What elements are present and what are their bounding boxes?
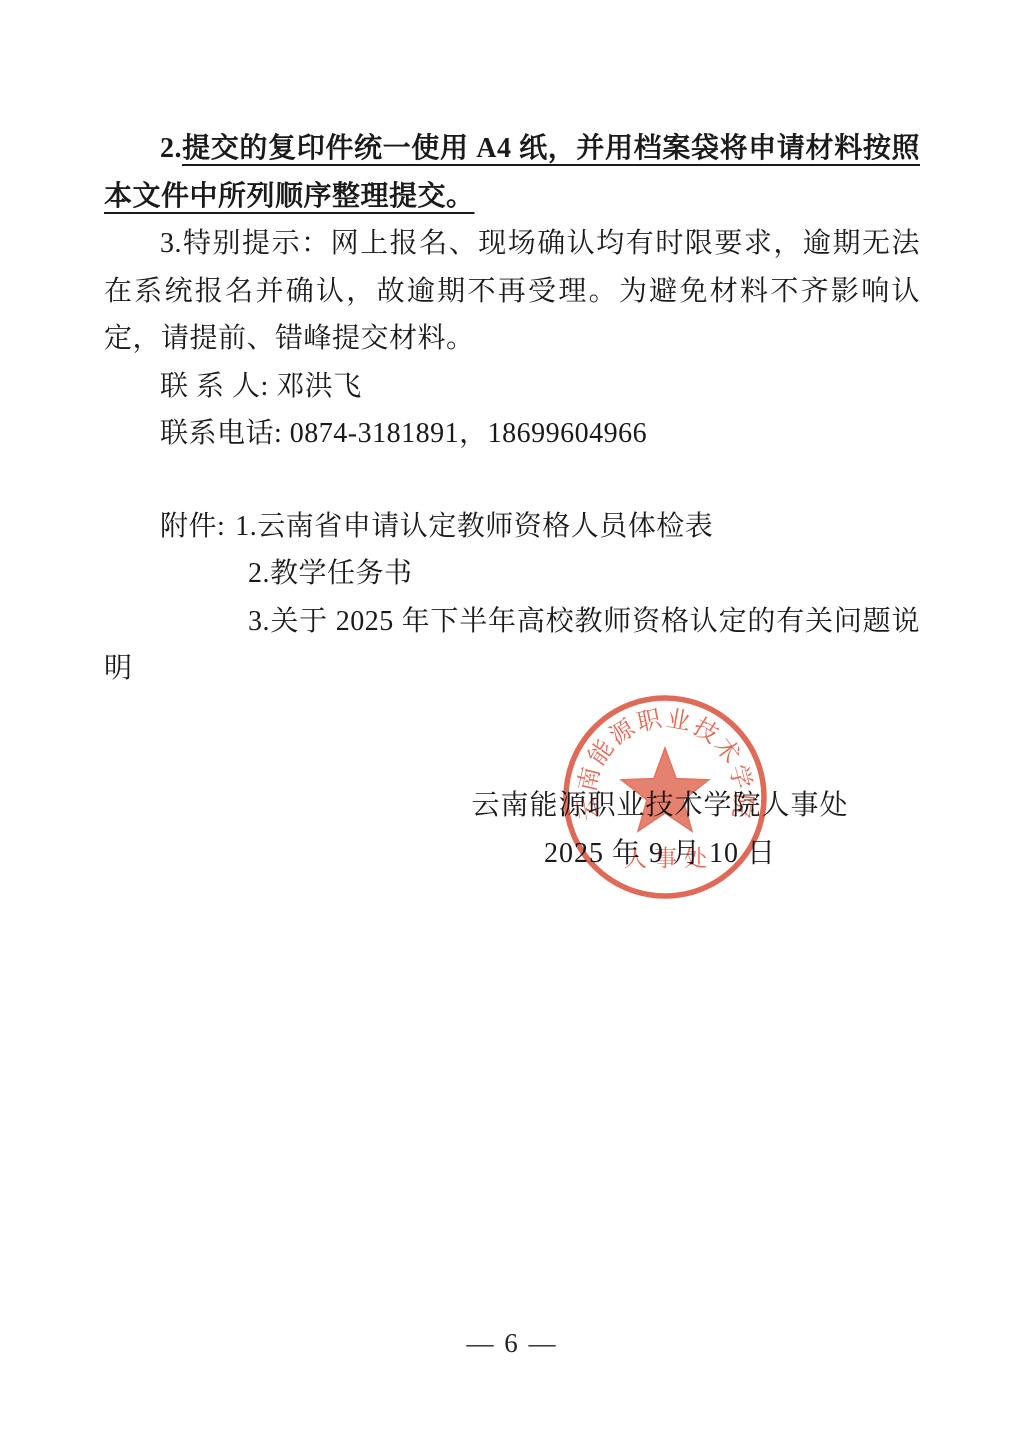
document-page: 2.提交的复印件统一使用 A4 纸，并用档案袋将申请材料按照本文件中所列顺序整理… (0, 0, 1024, 1448)
signature-block: 云南能源职业技术学院人事处 2025 年 9 月 10 日 (440, 782, 880, 877)
signature-date: 2025 年 9 月 10 日 (440, 830, 880, 878)
attachment-line-1: 附件:1.云南省申请认定教师资格人员体检表 (104, 503, 920, 551)
paragraph-2-underlined-text: 提交的复印件统一使用 A4 纸，并用档案袋将申请材料按照本文件中所列顺序整理提交… (104, 133, 920, 212)
document-body: 2.提交的复印件统一使用 A4 纸，并用档案袋将申请材料按照本文件中所列顺序整理… (104, 125, 920, 693)
attachment-item-1: 1.云南省申请认定教师资格人员体检表 (235, 511, 713, 542)
page-number: — 6 — (0, 1328, 1024, 1359)
attachment-item-3: 3.关于 2025 年下半年高校教师资格认定的有关问题说明 (104, 598, 920, 693)
paragraph-3: 3.特别提示：网上报名、现场确认均有时限要求，逾期无法在系统报名并确认，故逾期不… (104, 220, 920, 363)
attachments-label: 附件: (160, 511, 225, 542)
paragraph-2: 2.提交的复印件统一使用 A4 纸，并用档案袋将申请材料按照本文件中所列顺序整理… (104, 125, 920, 220)
paragraph-2-number: 2. (160, 133, 182, 164)
attachments-section: 附件:1.云南省申请认定教师资格人员体检表 2.教学任务书 3.关于 2025 … (104, 503, 920, 693)
signature-org: 云南能源职业技术学院人事处 (440, 782, 880, 830)
attachment-item-2: 2.教学任务书 (104, 550, 920, 598)
contact-person-line: 联 系 人: 邓洪飞 (104, 363, 920, 411)
contact-phone-line: 联系电话: 0874-3181891，18699604966 (104, 410, 920, 458)
